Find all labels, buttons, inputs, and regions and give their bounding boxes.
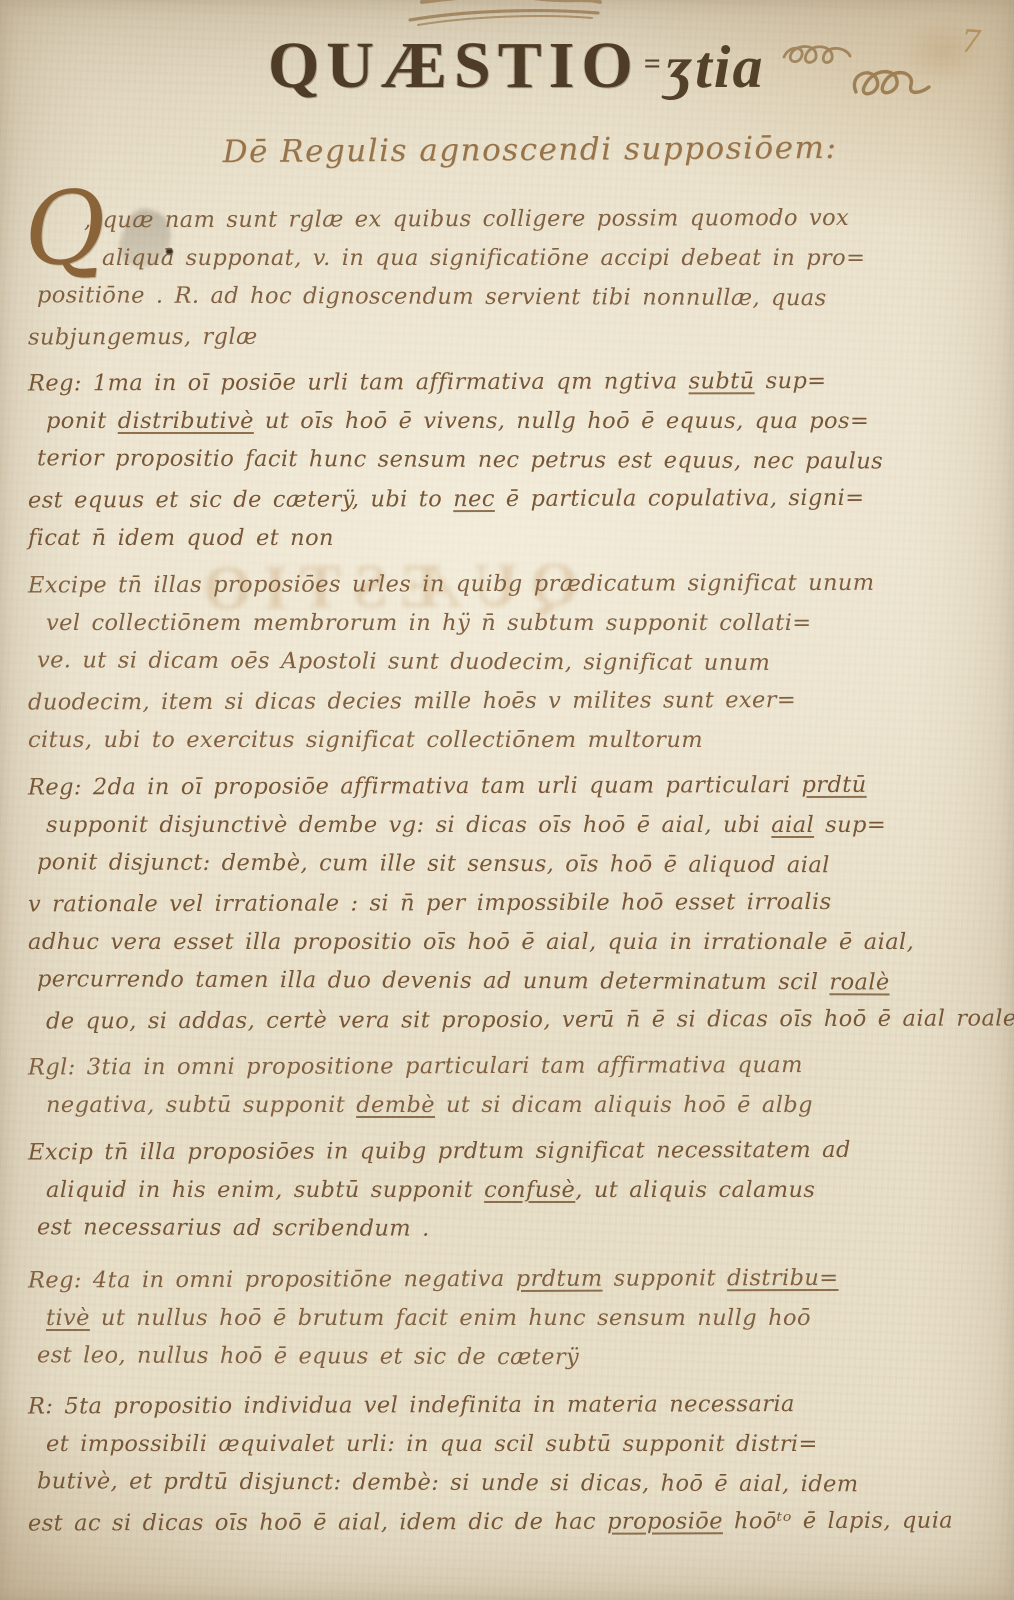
manuscript-line: Reg: 2da in oī proposiōe affirmativa tam…: [28, 766, 973, 808]
manuscript-paragraph: Excipe tn̄ illas proposiōes urles in qui…: [28, 565, 973, 760]
scribble-strokes-icon: [408, 0, 608, 28]
manuscript-paragraph: Reg: 2da in oī proposiōe affirmativa tam…: [28, 767, 973, 1040]
corner-flourish-icon: [850, 58, 934, 110]
manuscript-line: aliquid in his enim, subtū supponit conf…: [46, 1171, 973, 1210]
manuscript-paragraph: Reg: 1ma in oī posiōe urli tam affirmati…: [28, 363, 973, 558]
manuscript-paragraph: R: 5ta propositio individua vel indefini…: [28, 1386, 973, 1542]
knot-loops-icon: [850, 58, 934, 110]
manuscript-line: est ac si dicas oīs hoō ē aial, idem dic…: [28, 1502, 973, 1544]
manuscript-line: tivè ut nullus hoō ē brutum facit enim h…: [46, 1299, 973, 1338]
manuscript-line: Reg: 4ta in omni propositiōne negativa p…: [28, 1259, 973, 1301]
manuscript-line: Rgl: 3tia in omni propositione particula…: [28, 1046, 973, 1088]
manuscript-line: subjungemus, rglæ: [28, 316, 973, 358]
manuscript-line: butivè, et prdtū disjunct: dembè: si und…: [37, 1462, 973, 1505]
manuscript-paragraph: , quæ nam sunt rglæ ex quibus colligere …: [28, 200, 973, 356]
manuscript-line: ponit disjunct: dembè, cum ille sit sens…: [37, 843, 973, 886]
manuscript-line: ponit distributivè ut oīs hoō ē vivens, …: [46, 402, 973, 441]
manuscript-page: 7 QUÆSTIO=ʒtia Dē Regulis agnoscendi sup…: [0, 0, 1014, 1600]
manuscript-line: R: 5ta propositio individua vel indefini…: [28, 1385, 973, 1427]
manuscript-line: de quo, si addas, certè vera sit proposi…: [46, 1000, 973, 1042]
manuscript-line: Excip tn̄ illa proposiōes in quibg prdtu…: [28, 1131, 973, 1173]
title-flourish-icon: [780, 37, 854, 71]
manuscript-line: positiōne . R. ad hoc dignoscendum servi…: [37, 276, 973, 319]
manuscript-line: terior propositio facit hunc sensum nec …: [37, 439, 973, 482]
manuscript-line: est necessarius ad scribendum .: [37, 1208, 973, 1251]
manuscript-line: ficat n̄ idem quod et non: [28, 519, 973, 558]
manuscript-line: est leo, nullus hoō ē equus et sic de cæ…: [37, 1336, 973, 1379]
title-separator: =: [640, 47, 665, 80]
page-title: QUÆSTIO=ʒtia: [268, 28, 854, 104]
manuscript-line: est equus et sic de cæterÿ, ubi to nec ē…: [28, 479, 973, 521]
manuscript-line: Reg: 1ma in oī posiōe urli tam affirmati…: [28, 362, 973, 404]
manuscript-line: ve. ut si dicam oēs Apostoli sunt duodec…: [37, 641, 973, 684]
manuscript-line: , quæ nam sunt rglæ ex quibus colligere …: [28, 199, 973, 241]
manuscript-line: supponit disjunctivè dembe vg: si dicas …: [46, 806, 973, 845]
paragraph-list: , quæ nam sunt rglæ ex quibus colligere …: [28, 200, 973, 1542]
manuscript-line: vel collectiōnem membrorum in hÿ n̄ subt…: [46, 604, 973, 643]
title-suffix: ʒtia: [665, 34, 765, 100]
manuscript-line: duodecim, item si dicas decies mille hoē…: [28, 681, 973, 723]
title-main: QUÆSTIO: [268, 29, 640, 102]
page-subtitle: Dē Regulis agnoscendi supposiōem:: [150, 129, 910, 170]
manuscript-body: Q , quæ nam sunt rglæ ex quibus colliger…: [28, 200, 973, 1549]
manuscript-line: citus, ubi to exercitus significat colle…: [28, 721, 973, 760]
manuscript-line: v rationale vel irrationale : si n̄ per …: [28, 883, 973, 925]
manuscript-line: negativa, subtū supponit dembè ut si dic…: [46, 1086, 973, 1125]
manuscript-line: Excipe tn̄ illas proposiōes urles in qui…: [28, 564, 973, 606]
manuscript-paragraph: Excip tn̄ illa proposiōes in quibg prdtu…: [28, 1132, 973, 1249]
manuscript-paragraph: Reg: 4ta in omni propositiōne negativa p…: [28, 1260, 973, 1377]
manuscript-line: aliquā supponat, v. in qua significatiōn…: [46, 239, 973, 278]
header-fragment-scribble: [408, 0, 608, 28]
manuscript-line: adhuc vera esset illa propositio oīs hoō…: [28, 923, 973, 962]
manuscript-line: percurrendo tamen illa duo devenis ad un…: [37, 960, 973, 1003]
manuscript-line: et impossibili æquivalet urli: in qua sc…: [46, 1425, 973, 1464]
manuscript-paragraph: Rgl: 3tia in omni propositione particula…: [28, 1047, 973, 1125]
